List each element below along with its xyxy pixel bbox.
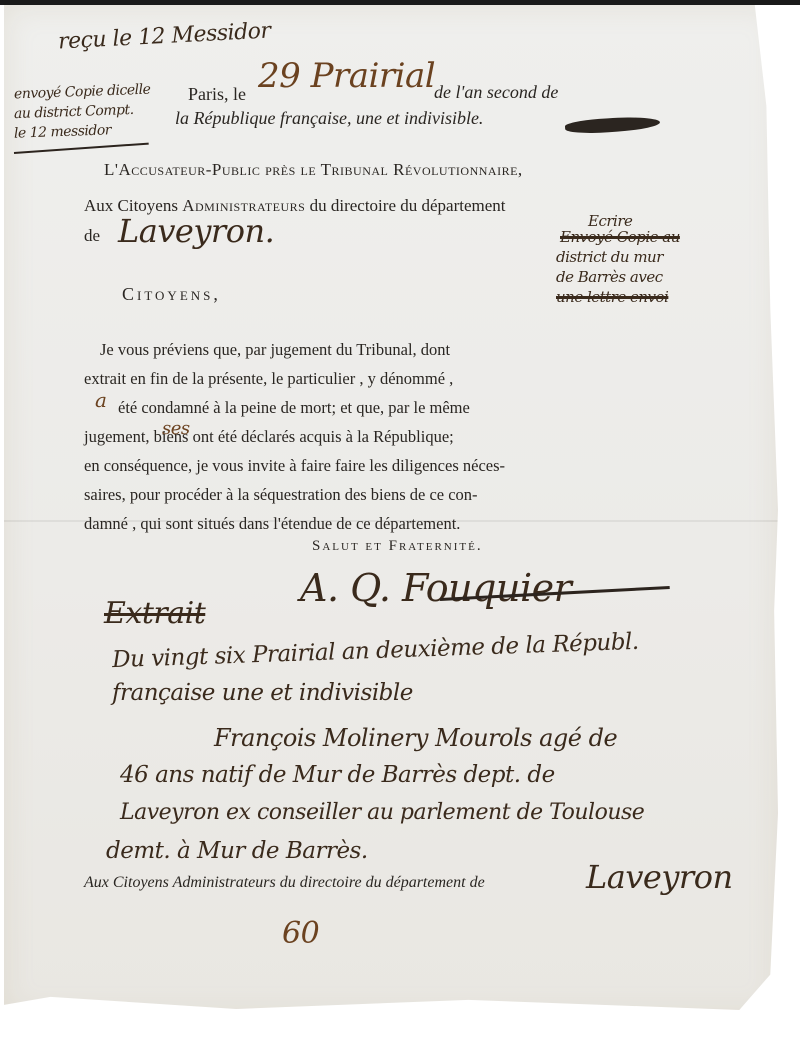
- scan-top-border: [0, 0, 800, 5]
- right-note-line-3: district du mur: [556, 248, 663, 266]
- body-inserted-ses: ses: [162, 418, 190, 439]
- right-note-line-4: de Barrès avec: [556, 268, 663, 286]
- header-date-suffix: de l'an second de: [434, 82, 558, 103]
- body-line-2: extrait en fin de la présente, le partic…: [84, 369, 453, 389]
- body-line-6: saires, pour procéder à la séquestration…: [84, 485, 478, 505]
- body-line-4: jugement, biens ont été déclarés acquis …: [84, 427, 454, 447]
- recipient-de: de: [84, 226, 100, 246]
- body-line-7: damné , qui sont situés dans l'étendue d…: [84, 514, 460, 534]
- body-line-5: en conséquence, je vous invite à faire f…: [84, 456, 505, 476]
- right-note-line-2: Envoyé Copie au: [560, 228, 680, 246]
- signature-fouquier: A. Q. Fouquier: [300, 566, 571, 610]
- header-place: Paris, le: [188, 84, 246, 105]
- header-republic-line: la République française, une et indivisi…: [175, 108, 483, 129]
- header-date-handwritten: 29 Prairial: [258, 56, 435, 96]
- body-inserted-a: a: [95, 388, 106, 412]
- footer-address-handwritten: Laveyron: [586, 858, 733, 896]
- footer-number: 60: [282, 916, 319, 951]
- sender-line: L'Accusateur-Public près le Tribunal Rév…: [104, 160, 523, 180]
- extract-line-5: Laveyron ex conseiller au parlement de T…: [120, 800, 644, 825]
- salutation: Citoyens,: [122, 284, 221, 305]
- extract-line-3: François Molinery Mourols agé de: [214, 724, 617, 752]
- extract-line-2: française une et indivisible: [112, 680, 413, 706]
- extract-line-4: 46 ans natif de Mur de Barrès dept. de: [120, 762, 555, 788]
- marginal-note-left-3: le 12 messidor: [14, 122, 111, 141]
- extract-heading: Extrait: [104, 596, 205, 631]
- right-note-line-5: une lettre envoi: [556, 288, 668, 306]
- footer-address-printed: Aux Citoyens Administrateurs du directoi…: [84, 874, 485, 892]
- closing: Salut et Fraternité.: [312, 538, 483, 555]
- body-line-3: été condamné à la peine de mort; et que,…: [118, 398, 470, 418]
- extract-line-6: demt. à Mur de Barrès.: [106, 838, 368, 864]
- recipient-rest: du directoire du département: [310, 196, 506, 215]
- body-line-1: Je vous préviens que, par jugement du Tr…: [100, 340, 450, 360]
- recipient-department-handwritten: Laveyron.: [118, 212, 274, 250]
